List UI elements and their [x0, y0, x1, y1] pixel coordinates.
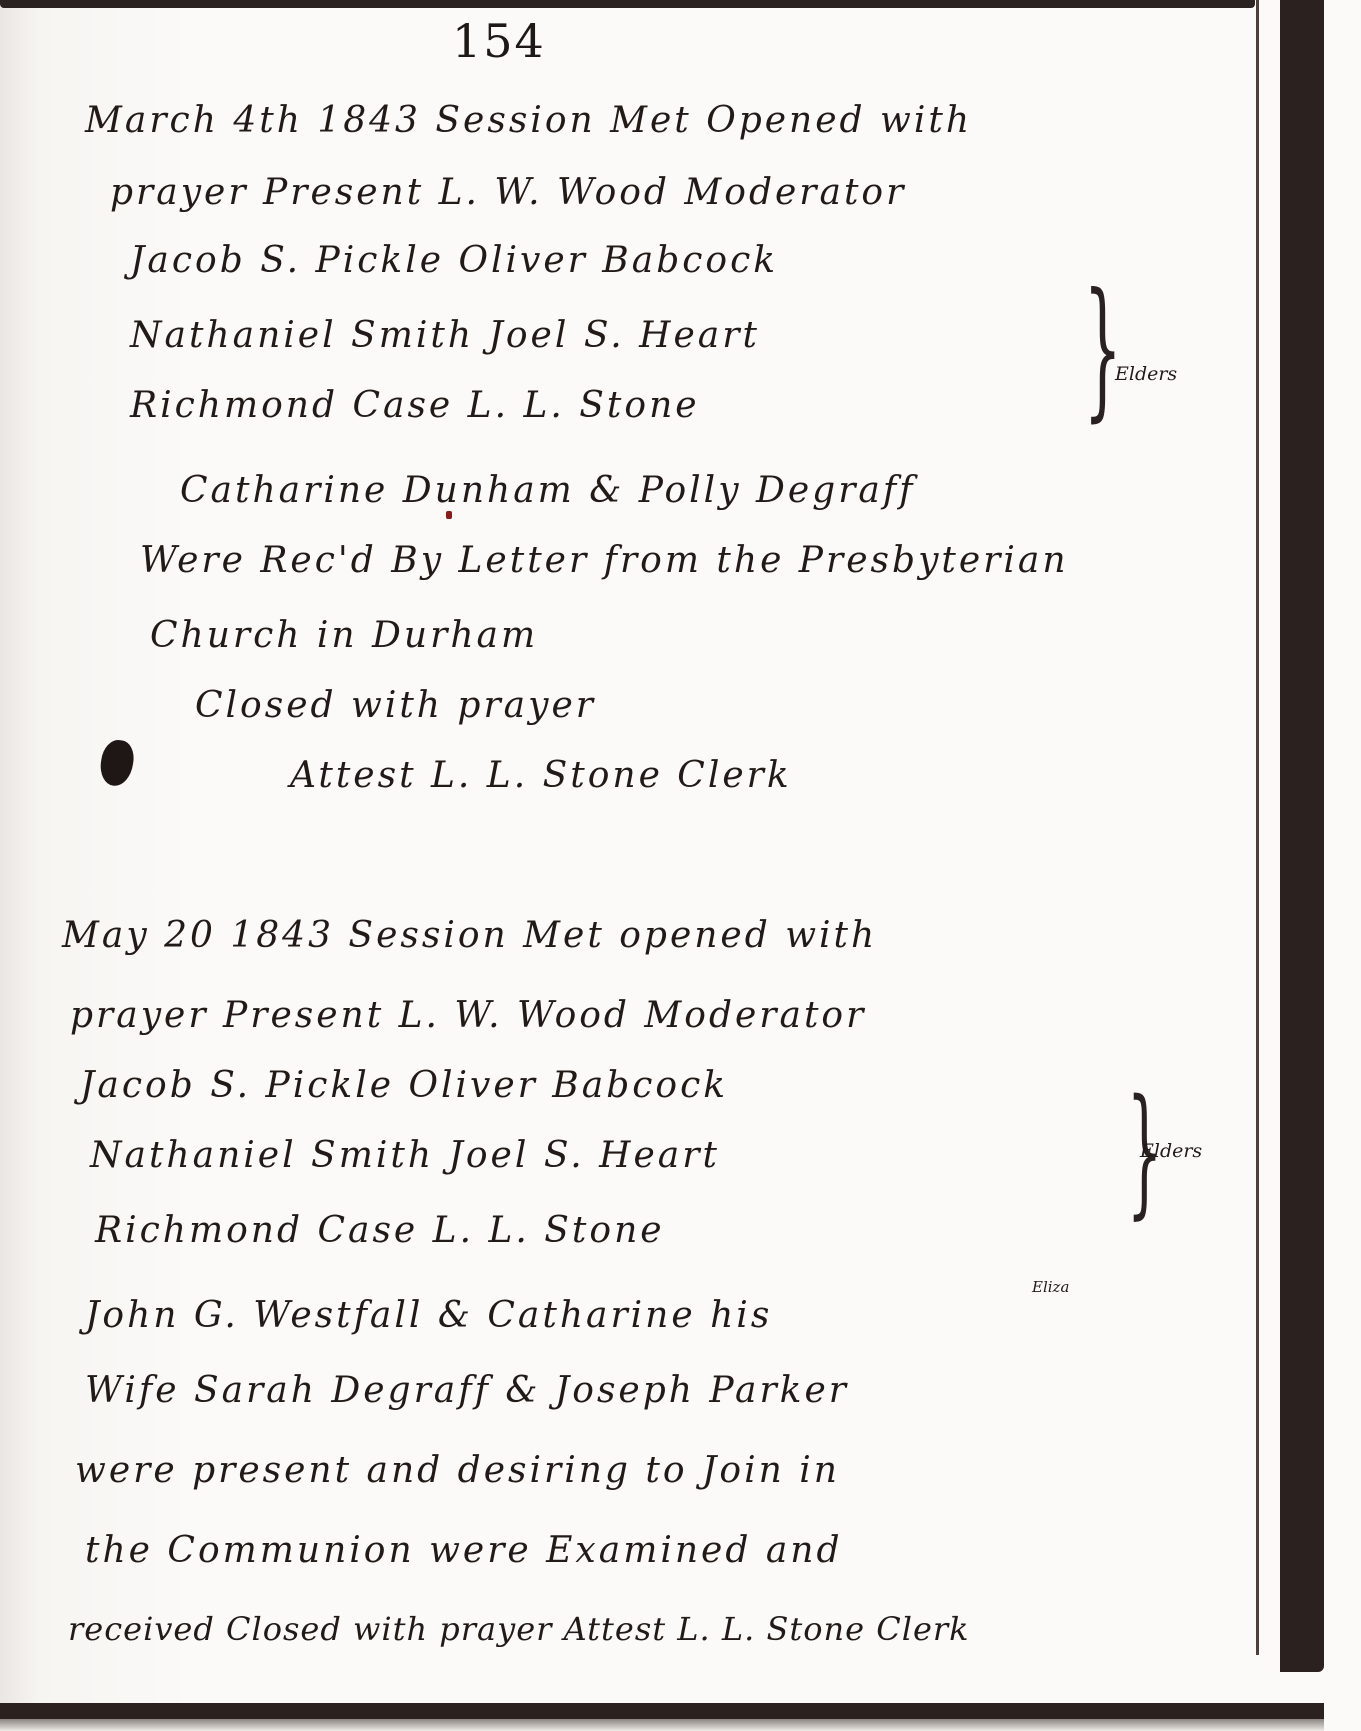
entry-line: May 20 1843 Session Met opened with [62, 915, 877, 956]
entry-line: Richmond Case L. L. Stone [130, 385, 700, 426]
entry-line: Nathaniel Smith Joel S. Heart [130, 315, 760, 356]
margin-rule [1256, 0, 1259, 1655]
entry-line: received Closed with prayer Attest L. L.… [68, 1610, 970, 1648]
entry-line: Catharine Dunham & Polly Degraff [180, 470, 916, 511]
page-bottom-shadow [0, 1719, 1324, 1731]
entry-line: Nathaniel Smith Joel S. Heart [90, 1135, 720, 1176]
red-ink-mark [446, 511, 452, 519]
elders-label: Elders [1140, 1140, 1202, 1162]
book-spine-edge [1280, 0, 1324, 1672]
entry-line: the Communion were Examined and [85, 1530, 843, 1571]
entry-line: Closed with prayer [195, 685, 596, 726]
insertion-note: Eliza [1032, 1278, 1069, 1296]
entry-line: prayer Present L. W. Wood Moderator [70, 995, 866, 1036]
entry-line: John G. Westfall & Catharine his [85, 1295, 772, 1336]
elders-brace: } [1084, 262, 1122, 436]
entry-line: prayer Present L. W. Wood Moderator [110, 172, 906, 213]
ink-blot [98, 738, 136, 788]
entry-line: Jacob S. Pickle Oliver Babcock [80, 1065, 728, 1106]
manuscript-page: 154 March 4th 1843 Session Met Opened wi… [0, 0, 1361, 1731]
entry-line: Richmond Case L. L. Stone [95, 1210, 665, 1251]
elders-label: Elders [1115, 363, 1177, 385]
entry-line: Were Rec'd By Letter from the Presbyteri… [140, 540, 1069, 581]
entry-line: Wife Sarah Degraff & Joseph Parker [85, 1370, 849, 1411]
page-bottom-edge [0, 1703, 1324, 1719]
entry-line: March 4th 1843 Session Met Opened with [85, 100, 972, 141]
page-top-edge [0, 0, 1255, 8]
entry-line: were present and desiring to Join in [75, 1450, 840, 1491]
page-number: 154 [452, 14, 546, 68]
entry-line: Church in Durham [150, 615, 538, 656]
entry-line: Jacob S. Pickle Oliver Babcock [130, 240, 778, 281]
signature-line: Attest L. L. Stone Clerk [290, 755, 792, 796]
